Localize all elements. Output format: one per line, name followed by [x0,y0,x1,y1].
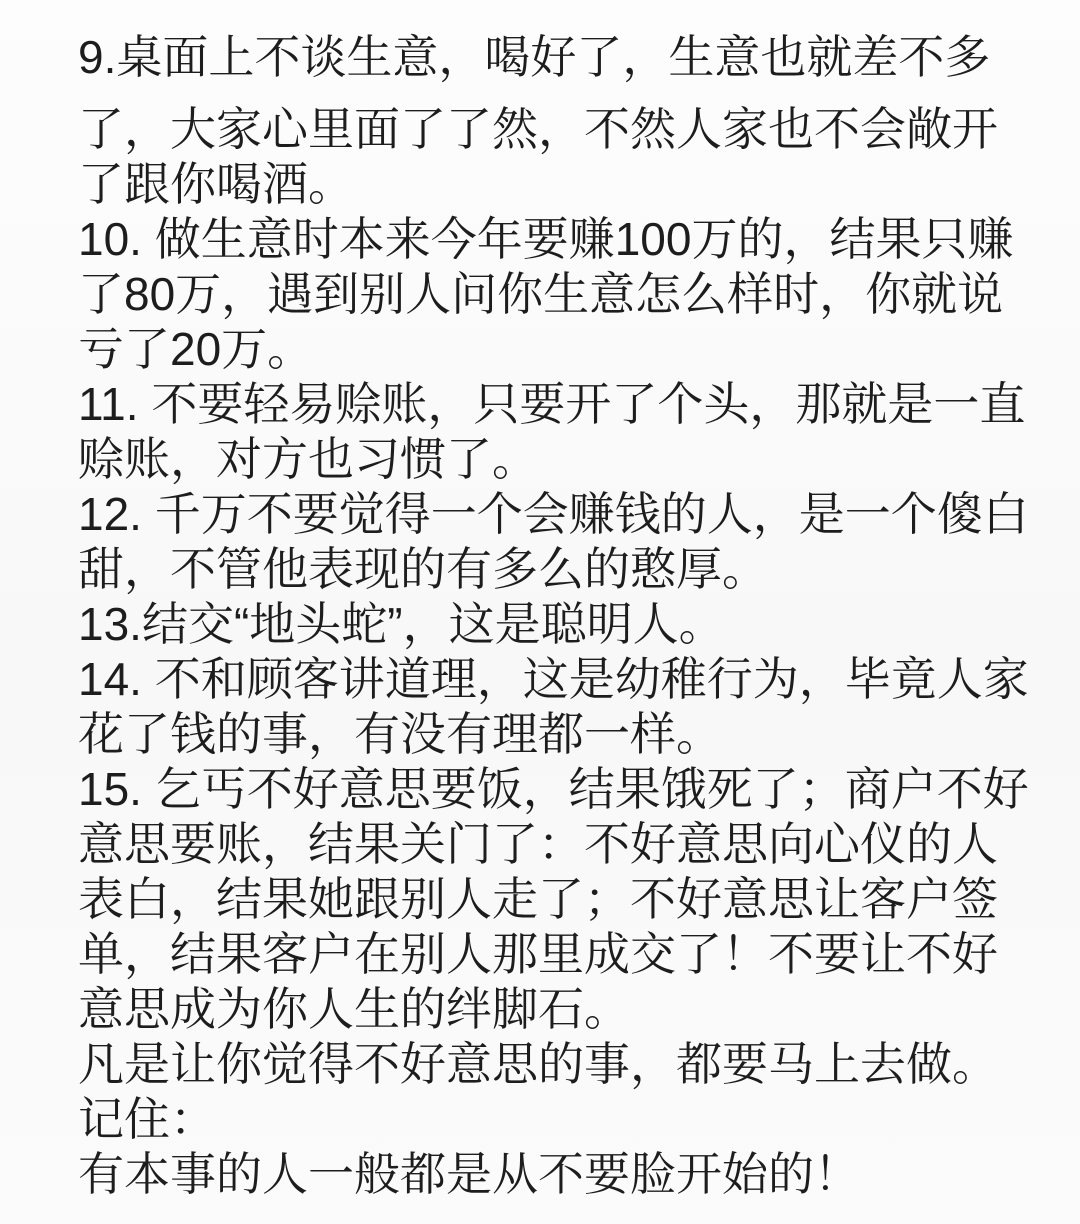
text-line: 9.桌面上不谈生意，喝好了，生意也就差不多 [78,30,1020,85]
text-image-page: 9.桌面上不谈生意，喝好了，生意也就差不多了，大家心里面了了然，不然人家也不会敞… [0,0,1080,1224]
text-line: 了跟你喝酒。 [78,157,1020,212]
text-line: 单，结果客户在别人那里成交了！不要让不好 [78,927,1020,982]
text-line: 花了钱的事，有没有理都一样。 [78,707,1020,762]
text-line: 13.结交“地头蛇”，这是聪明人。 [78,597,1020,652]
text-line: 赊账，对方也习惯了。 [78,432,1020,487]
text-line: 甜，不管他表现的有多么的憨厚。 [78,542,1020,597]
text-line: 11. 不要轻易赊账，只要开了个头，那就是一直 [78,377,1020,432]
text-line: 亏了20万。 [78,322,1020,377]
text-line: 有本事的人一般都是从不要脸开始的！ [78,1147,1020,1202]
text-line: 了80万，遇到别人问你生意怎么样时，你就说 [78,267,1020,322]
text-line: 10. 做生意时本来今年要赚100万的，结果只赚 [78,212,1020,267]
text-line: 记住： [78,1092,1020,1147]
advice-text-block: 9.桌面上不谈生意，喝好了，生意也就差不多了，大家心里面了了然，不然人家也不会敞… [78,30,1020,1202]
text-line: 表白，结果她跟别人走了；不好意思让客户签 [78,872,1020,927]
text-line: 14. 不和顾客讲道理，这是幼稚行为，毕竟人家 [78,652,1020,707]
text-line: 凡是让你觉得不好意思的事，都要马上去做。 [78,1037,1020,1092]
text-line: 了，大家心里面了了然，不然人家也不会敞开 [78,102,1020,157]
text-line: 意思成为你人生的绊脚石。 [78,982,1020,1037]
text-line: 意思要账，结果关门了：不好意思向心仪的人 [78,817,1020,872]
text-line: 15. 乞丐不好意思要饭，结果饿死了；商户不好 [78,762,1020,817]
text-line: 12. 千万不要觉得一个会赚钱的人，是一个傻白 [78,487,1020,542]
